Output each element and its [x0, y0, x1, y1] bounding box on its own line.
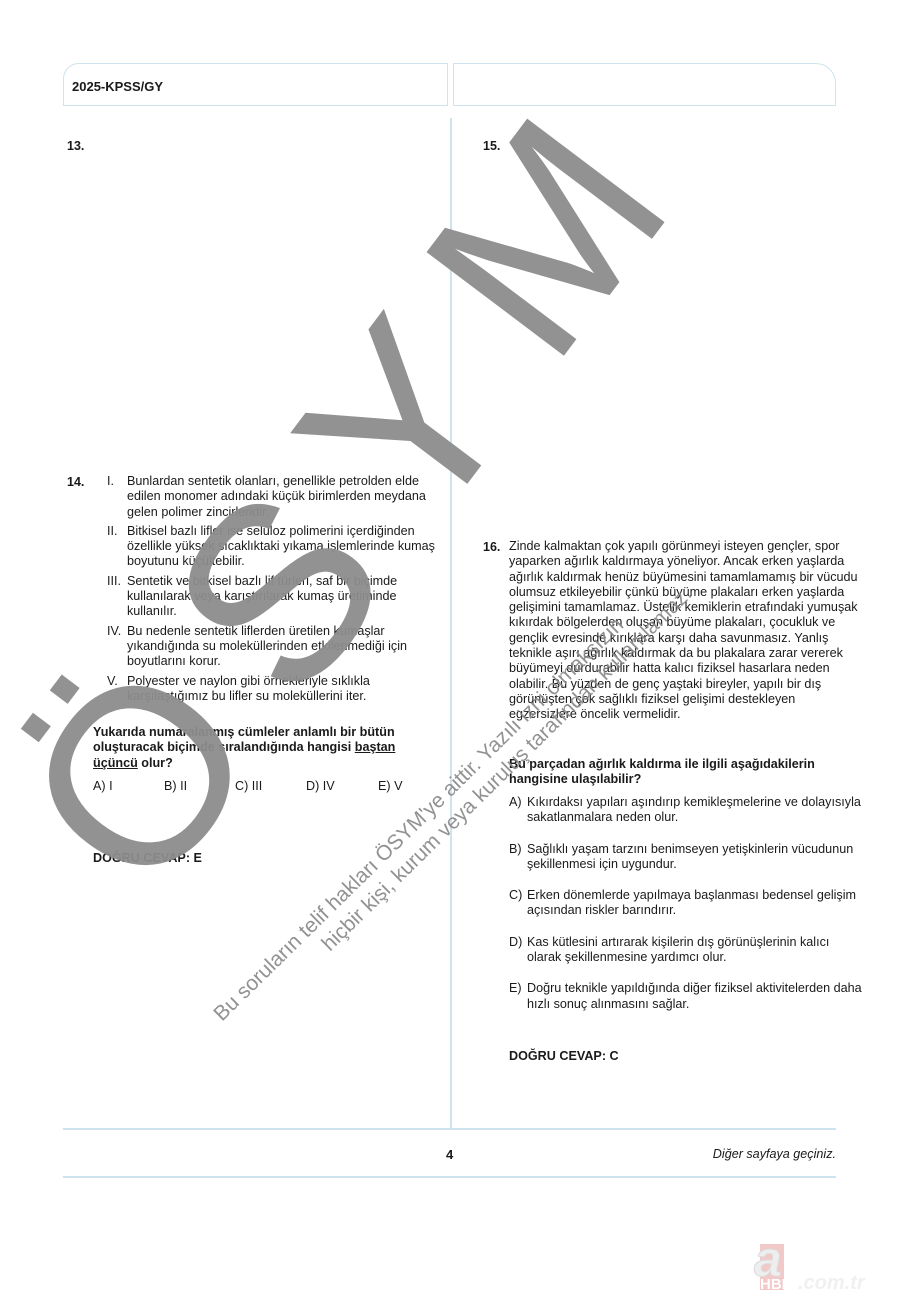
- question-14-answer: DOĞRU CEVAP: E: [93, 851, 202, 865]
- page-number: 4: [446, 1147, 453, 1162]
- hbr-logo-icon: a HBR .com.tr: [752, 1232, 892, 1292]
- question-14-statements: I.Bunlardan sentetik olanları, genellikl…: [107, 474, 437, 708]
- option-d[interactable]: D)Kas kütlesini artırarak kişilerin dış …: [509, 935, 864, 966]
- column-divider: [450, 118, 452, 1128]
- header-left-box: 2025-KPSS/GY: [63, 63, 448, 106]
- question-16-number: 16.: [483, 540, 500, 554]
- statement: II.Bitkisel bazlı lifler ise selüloz pol…: [107, 524, 437, 570]
- question-15-number: 15.: [483, 139, 500, 153]
- statement: I.Bunlardan sentetik olanları, genellikl…: [107, 474, 437, 520]
- question-14-stem: Yukarıda numaralanmış cümleler anlamlı b…: [93, 725, 428, 771]
- option-c[interactable]: C)Erken dönemlerde yapılmaya başlanması …: [509, 888, 864, 919]
- option-e[interactable]: E) V: [378, 779, 403, 793]
- statement: V.Polyester ve naylon gibi örnekleriyle …: [107, 674, 437, 705]
- statement: III.Sentetik ve bitkisel bazlı lif türle…: [107, 574, 437, 620]
- question-16-passage: Zinde kalmaktan çok yapılı görünmeyi ist…: [509, 539, 859, 723]
- question-14-number: 14.: [67, 475, 84, 489]
- svg-text:.com.tr: .com.tr: [798, 1272, 866, 1292]
- question-13-number: 13.: [67, 139, 84, 153]
- next-page-note: Diğer sayfaya geçiniz.: [713, 1147, 836, 1161]
- svg-text:HBR: HBR: [760, 1276, 793, 1292]
- question-16-options: A)Kıkırdaksı yapıları aşındırıp kemikleş…: [509, 795, 864, 1028]
- option-d[interactable]: D) IV: [306, 779, 335, 793]
- statement: IV.Bu nedenle sentetik liflerden üretile…: [107, 624, 437, 670]
- option-a[interactable]: A) I: [93, 779, 113, 793]
- option-e[interactable]: E)Doğru teknikle yapıldığında diğer fizi…: [509, 981, 864, 1012]
- footer-bottom-rule: [63, 1176, 836, 1178]
- option-b[interactable]: B)Sağlıklı yaşam tarzını benimseyen yeti…: [509, 842, 864, 873]
- option-c[interactable]: C) III: [235, 779, 262, 793]
- question-16-answer: DOĞRU CEVAP: C: [509, 1049, 619, 1063]
- header-right-box: [453, 63, 836, 106]
- question-16-stem: Bu parçadan ağırlık kaldırma ile ilgili …: [509, 757, 854, 788]
- option-b[interactable]: B) II: [164, 779, 187, 793]
- option-a[interactable]: A)Kıkırdaksı yapıları aşındırıp kemikleş…: [509, 795, 864, 826]
- footer-top-rule: [63, 1128, 836, 1130]
- exam-title: 2025-KPSS/GY: [72, 79, 163, 94]
